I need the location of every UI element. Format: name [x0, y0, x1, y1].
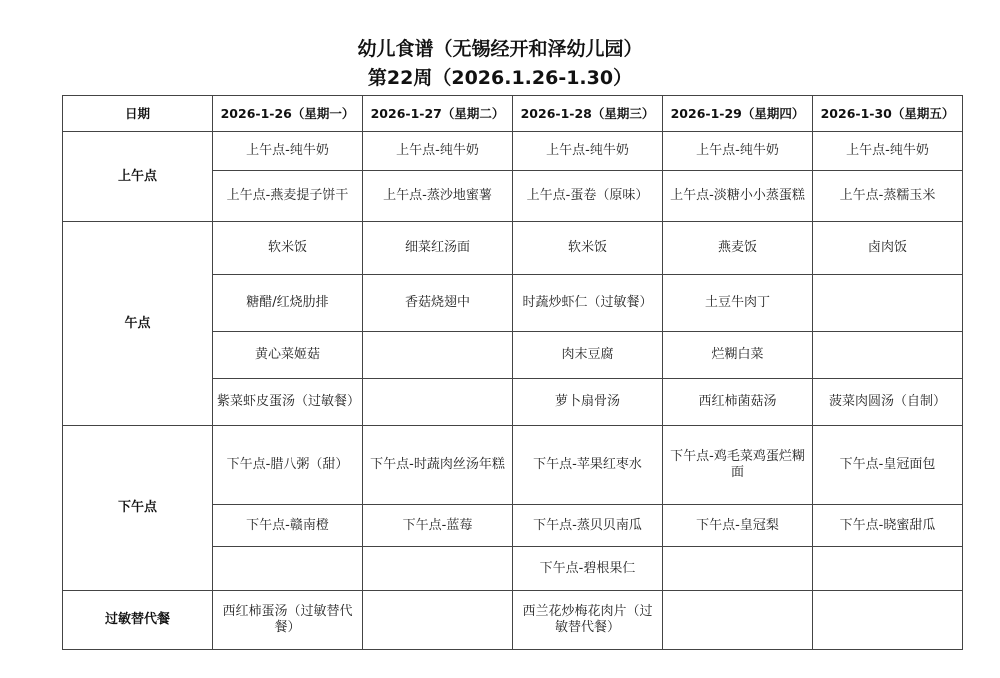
menu-cell [213, 547, 363, 591]
menu-cell: 下午点-蒸贝贝南瓜 [513, 505, 663, 547]
menu-cell: 紫菜虾皮蛋汤（过敏餐） [213, 379, 363, 426]
menu-cell [813, 547, 963, 591]
menu-cell [363, 332, 513, 379]
menu-cell: 上午点-纯牛奶 [663, 132, 813, 171]
menu-cell: 细菜红汤面 [363, 222, 513, 275]
menu-cell: 卤肉饭 [813, 222, 963, 275]
table-row: 过敏替代餐 西红柿蛋汤（过敏替代餐） 西兰花炒梅花肉片（过敏替代餐） [63, 591, 963, 650]
row-label-lunch: 午点 [63, 222, 213, 426]
menu-cell: 上午点-蒸沙地蜜薯 [363, 171, 513, 222]
menu-cell: 上午点-纯牛奶 [513, 132, 663, 171]
header-day-wed: 2026-1-28（星期三） [513, 96, 663, 132]
menu-cell: 软米饭 [213, 222, 363, 275]
menu-cell: 萝卜扇骨汤 [513, 379, 663, 426]
table-row: 午点 软米饭 细菜红汤面 软米饭 燕麦饭 卤肉饭 [63, 222, 963, 275]
menu-cell: 软米饭 [513, 222, 663, 275]
row-label-afternoon: 下午点 [63, 426, 213, 591]
menu-cell [663, 591, 813, 650]
menu-cell: 下午点-蓝莓 [363, 505, 513, 547]
menu-cell: 上午点-燕麦提子饼干 [213, 171, 363, 222]
header-date: 日期 [63, 96, 213, 132]
menu-cell [813, 275, 963, 332]
menu-cell: 土豆牛肉丁 [663, 275, 813, 332]
menu-cell: 下午点-碧根果仁 [513, 547, 663, 591]
menu-cell: 下午点-腊八粥（甜） [213, 426, 363, 505]
menu-cell [363, 591, 513, 650]
menu-title: 幼儿食谱（无锡经开和泽幼儿园） [0, 34, 1000, 61]
menu-cell: 下午点-皇冠面包 [813, 426, 963, 505]
menu-cell [813, 332, 963, 379]
header-day-mon: 2026-1-26（星期一） [213, 96, 363, 132]
menu-cell [363, 379, 513, 426]
menu-cell: 上午点-纯牛奶 [813, 132, 963, 171]
menu-cell: 下午点-赣南橙 [213, 505, 363, 547]
week-subtitle: 第22周（2026.1.26-1.30） [0, 63, 1000, 90]
menu-cell: 燕麦饭 [663, 222, 813, 275]
menu-cell: 下午点-时蔬肉丝汤年糕 [363, 426, 513, 505]
menu-cell: 西兰花炒梅花肉片（过敏替代餐） [513, 591, 663, 650]
row-label-morning: 上午点 [63, 132, 213, 222]
menu-cell: 下午点-苹果红枣水 [513, 426, 663, 505]
menu-cell: 上午点-纯牛奶 [363, 132, 513, 171]
header-day-fri: 2026-1-30（星期五） [813, 96, 963, 132]
menu-cell: 肉末豆腐 [513, 332, 663, 379]
menu-cell: 上午点-蛋卷（原味） [513, 171, 663, 222]
header-row: 日期 2026-1-26（星期一） 2026-1-27（星期二） 2026-1-… [63, 96, 963, 132]
menu-cell: 下午点-晓蜜甜瓜 [813, 505, 963, 547]
menu-cell [363, 547, 513, 591]
menu-cell: 下午点-鸡毛菜鸡蛋烂糊面 [663, 426, 813, 505]
table-row: 下午点 下午点-腊八粥（甜） 下午点-时蔬肉丝汤年糕 下午点-苹果红枣水 下午点… [63, 426, 963, 505]
menu-cell: 黄心菜姬菇 [213, 332, 363, 379]
row-label-allergy: 过敏替代餐 [63, 591, 213, 650]
menu-cell: 菠菜肉圆汤（自制） [813, 379, 963, 426]
menu-cell: 下午点-皇冠梨 [663, 505, 813, 547]
menu-cell: 上午点-纯牛奶 [213, 132, 363, 171]
header-day-thu: 2026-1-29（星期四） [663, 96, 813, 132]
weekly-menu-table: 日期 2026-1-26（星期一） 2026-1-27（星期二） 2026-1-… [62, 95, 963, 650]
menu-cell: 上午点-蒸糯玉米 [813, 171, 963, 222]
menu-cell: 糖醋/红烧肋排 [213, 275, 363, 332]
menu-cell: 烂糊白菜 [663, 332, 813, 379]
header-day-tue: 2026-1-27（星期二） [363, 96, 513, 132]
menu-cell: 时蔬炒虾仁（过敏餐） [513, 275, 663, 332]
menu-cell [813, 591, 963, 650]
menu-cell: 香菇烧翅中 [363, 275, 513, 332]
menu-cell: 西红柿菌菇汤 [663, 379, 813, 426]
menu-cell: 上午点-淡糖小小蒸蛋糕 [663, 171, 813, 222]
menu-cell: 西红柿蛋汤（过敏替代餐） [213, 591, 363, 650]
table-row: 上午点 上午点-纯牛奶 上午点-纯牛奶 上午点-纯牛奶 上午点-纯牛奶 上午点-… [63, 132, 963, 171]
menu-cell [663, 547, 813, 591]
